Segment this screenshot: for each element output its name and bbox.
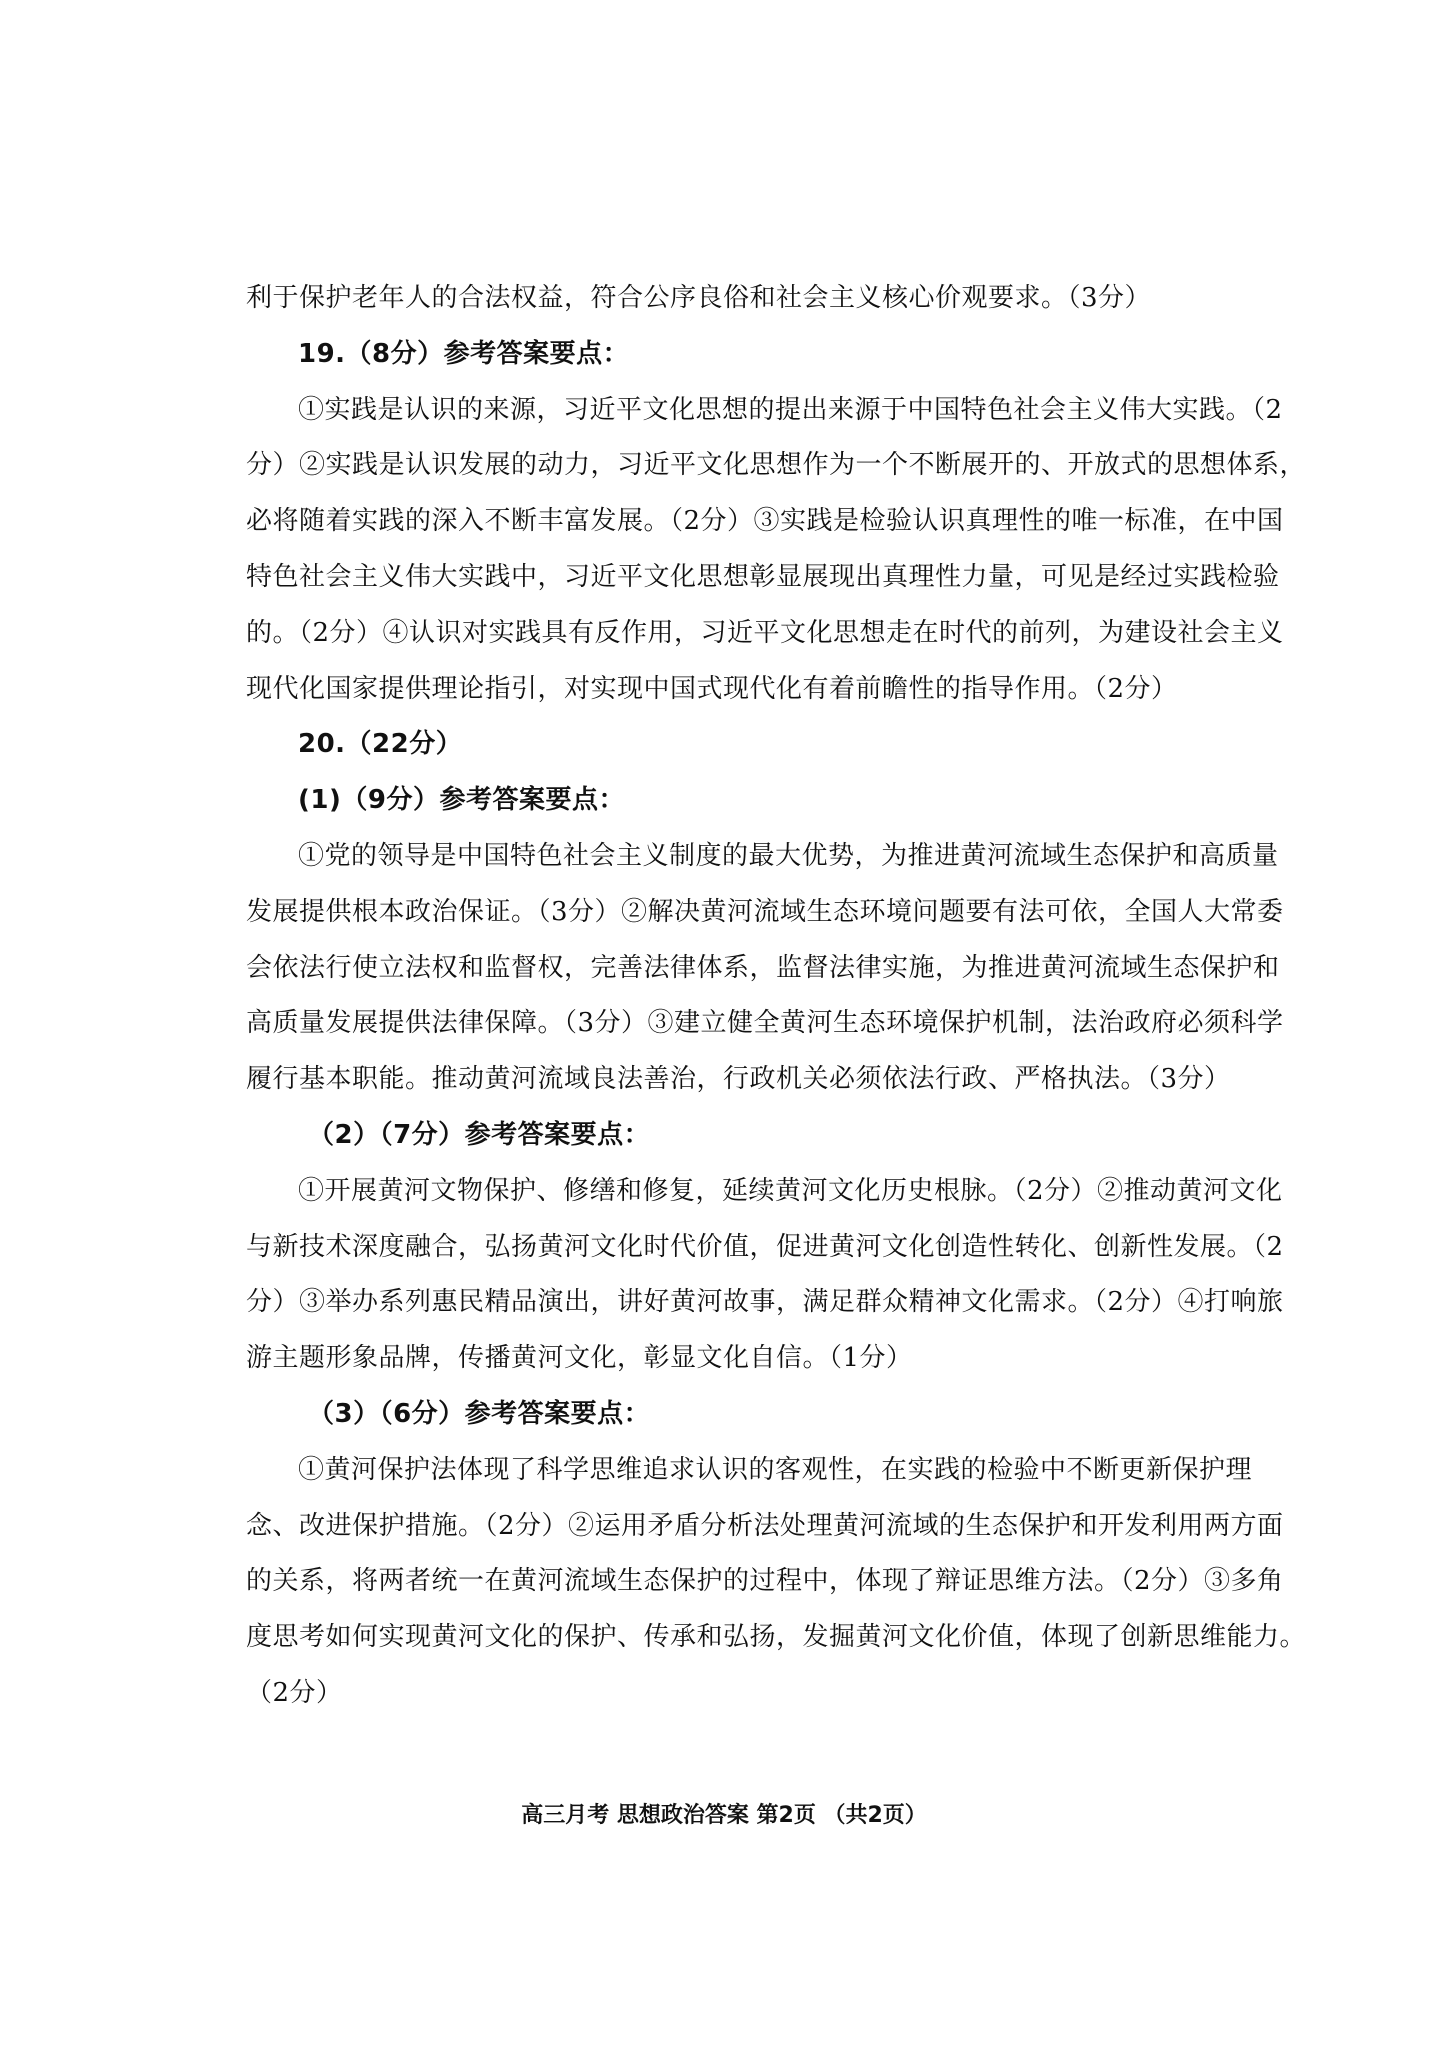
text-line: 履行基本职能。推动黄河流域良法善治，行政机关必须依法行政、严格执法。（3分）	[246, 1052, 1242, 1108]
answer-document: 利于保护老年人的合法权益，符合公序良俗和社会主义核心价观要求。（3分） 19.（…	[246, 271, 1242, 1722]
text-line: 分）③举办系列惠民精品演出，讲好黄河故事，满足群众精神文化需求。（2分）④打响旅	[246, 1275, 1242, 1331]
text-line: 高质量发展提供法律保障。（3分）③建立健全黄河生态环境保护机制，法治政府必须科学	[246, 996, 1242, 1052]
page-footer: 高三月考 思想政治答案 第2页 （共2页）	[0, 1798, 1448, 1829]
text-line: 发展提供根本政治保证。（3分）②解决黄河流域生态环境问题要有法可依，全国人大常委	[246, 885, 1242, 941]
question-19-heading: 19.（8分）参考答案要点：	[246, 327, 1242, 383]
text-line: 分）②实践是认识发展的动力，习近平文化思想作为一个不断展开的、开放式的思想体系，	[246, 438, 1242, 494]
text-line: 现代化国家提供理论指引，对实现中国式现代化有着前瞻性的指导作用。（2分）	[246, 662, 1242, 718]
question-20-2-heading: （2）（7分）参考答案要点：	[246, 1108, 1242, 1164]
text-line: 利于保护老年人的合法权益，符合公序良俗和社会主义核心价观要求。（3分）	[246, 271, 1242, 327]
text-line: 必将随着实践的深入不断丰富发展。（2分）③实践是检验认识真理性的唯一标准，在中国	[246, 494, 1242, 550]
text-line: ①实践是认识的来源，习近平文化思想的提出来源于中国特色社会主义伟大实践。（2	[246, 383, 1242, 439]
question-20-heading: 20.（22分）	[246, 717, 1242, 773]
text-line: 的关系，将两者统一在黄河流域生态保护的过程中，体现了辩证思维方法。（2分）③多角	[246, 1554, 1242, 1610]
text-line: 的。（2分）④认识对实践具有反作用，习近平文化思想走在时代的前列，为建设社会主义	[246, 606, 1242, 662]
text-line: 念、改进保护措施。（2分）②运用矛盾分析法处理黄河流域的生态保护和开发利用两方面	[246, 1499, 1242, 1555]
text-line: ①党的领导是中国特色社会主义制度的最大优势，为推进黄河流域生态保护和高质量	[246, 829, 1242, 885]
question-20-1-heading: (1)（9分）参考答案要点：	[246, 773, 1242, 829]
text-line: ①黄河保护法体现了科学思维追求认识的客观性，在实践的检验中不断更新保护理	[246, 1443, 1242, 1499]
text-line: 度思考如何实现黄河文化的保护、传承和弘扬，发掘黄河文化价值，体现了创新思维能力。	[246, 1610, 1242, 1666]
text-line: ①开展黄河文物保护、修缮和修复，延续黄河文化历史根脉。（2分）②推动黄河文化	[246, 1164, 1242, 1220]
text-line: 游主题形象品牌，传播黄河文化，彰显文化自信。（1分）	[246, 1331, 1242, 1387]
text-line: 与新技术深度融合，弘扬黄河文化时代价值，促进黄河文化创造性转化、创新性发展。（2	[246, 1220, 1242, 1276]
text-line: 会依法行使立法权和监督权，完善法律体系，监督法律实施，为推进黄河流域生态保护和	[246, 941, 1242, 997]
text-line: 特色社会主义伟大实践中，习近平文化思想彰显展现出真理性力量，可见是经过实践检验	[246, 550, 1242, 606]
text-line: （2分）	[246, 1666, 1242, 1722]
question-20-3-heading: （3）（6分）参考答案要点：	[246, 1387, 1242, 1443]
